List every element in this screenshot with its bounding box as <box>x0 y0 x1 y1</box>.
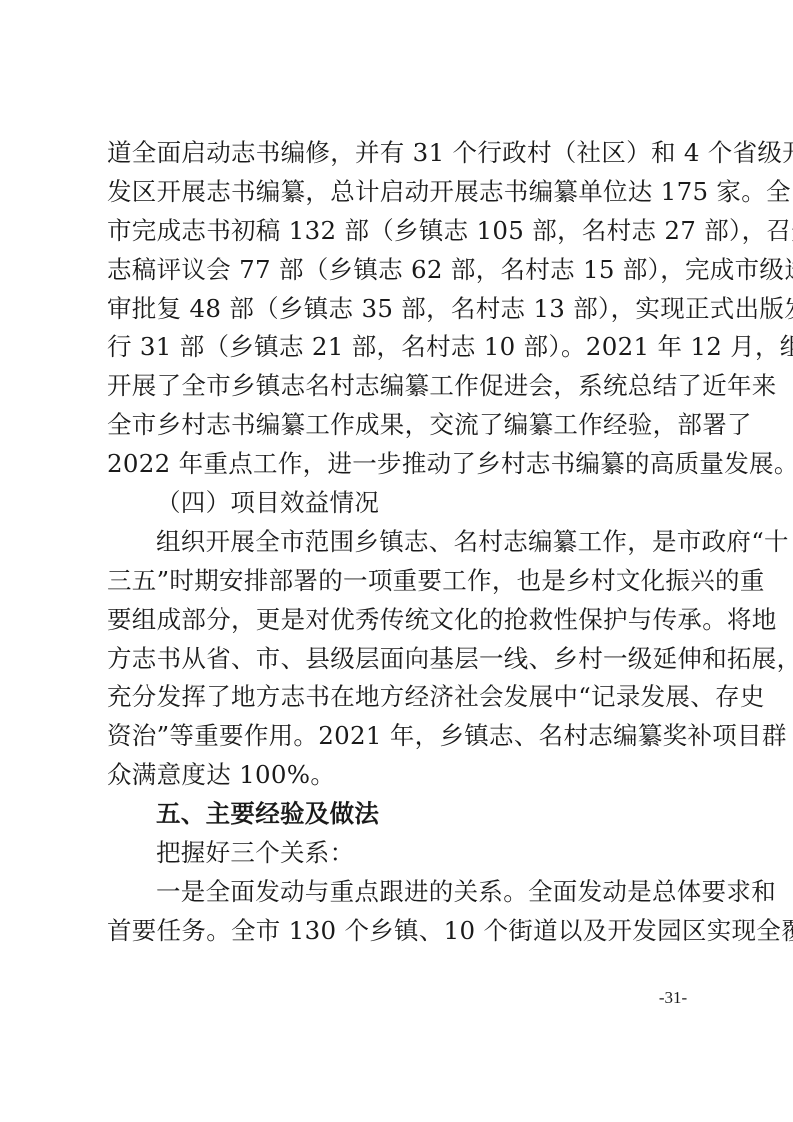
paragraph-line: 志稿评议会 77 部（乡镇志 62 部，名村志 15 部），完成市级送 <box>107 251 689 290</box>
paragraph-line: 开展了全市乡镇志名村志编纂工作促进会，系统总结了近年来 <box>107 367 689 406</box>
section-heading: 五、主要经验及做法 <box>107 795 689 834</box>
paragraph-line: 首要任务。全市 130 个乡镇、10 个街道以及开发园区实现全覆 <box>107 912 689 951</box>
paragraph-line: 三五”时期安排部署的一项重要工作，也是乡村文化振兴的重 <box>107 562 689 601</box>
paragraph-line: 发区开展志书编纂，总计启动开展志书编纂单位达 175 家。全 <box>107 173 689 212</box>
paragraph-line: 充分发挥了地方志书在地方经济社会发展中“记录发展、存史 <box>107 678 689 717</box>
paragraph-line: 众满意度达 100%。 <box>107 756 689 795</box>
paragraph-line: 把握好三个关系： <box>107 834 689 873</box>
document-body: 道全面启动志书编修，并有 31 个行政村（社区）和 4 个省级开 发区开展志书编… <box>107 134 689 951</box>
section-subheading: （四）项目效益情况 <box>107 484 689 523</box>
paragraph-line: 2022 年重点工作，进一步推动了乡村志书编纂的高质量发展。 <box>107 445 689 484</box>
paragraph-line: 市完成志书初稿 132 部（乡镇志 105 部，名村志 27 部），召开 <box>107 212 689 251</box>
paragraph-line: 道全面启动志书编修，并有 31 个行政村（社区）和 4 个省级开 <box>107 134 689 173</box>
paragraph-line: 行 31 部（乡镇志 21 部，名村志 10 部）。2021 年 12 月，组织 <box>107 328 689 367</box>
paragraph-line: 组织开展全市范围乡镇志、名村志编纂工作，是市政府“十 <box>107 523 689 562</box>
paragraph-line: 一是全面发动与重点跟进的关系。全面发动是总体要求和 <box>107 873 689 912</box>
paragraph-line: 全市乡村志书编纂工作成果，交流了编纂工作经验，部署了 <box>107 406 689 445</box>
page-number: -31- <box>648 988 698 1008</box>
paragraph-line: 资治”等重要作用。2021 年，乡镇志、名村志编纂奖补项目群 <box>107 717 689 756</box>
document-page: 道全面启动志书编修，并有 31 个行政村（社区）和 4 个省级开 发区开展志书编… <box>0 0 793 1122</box>
paragraph-line: 审批复 48 部（乡镇志 35 部，名村志 13 部），实现正式出版发 <box>107 290 689 329</box>
paragraph-line: 要组成部分，更是对优秀传统文化的抢救性保护与传承。将地 <box>107 601 689 640</box>
paragraph-line: 方志书从省、市、县级层面向基层一线、乡村一级延伸和拓展， <box>107 640 689 679</box>
